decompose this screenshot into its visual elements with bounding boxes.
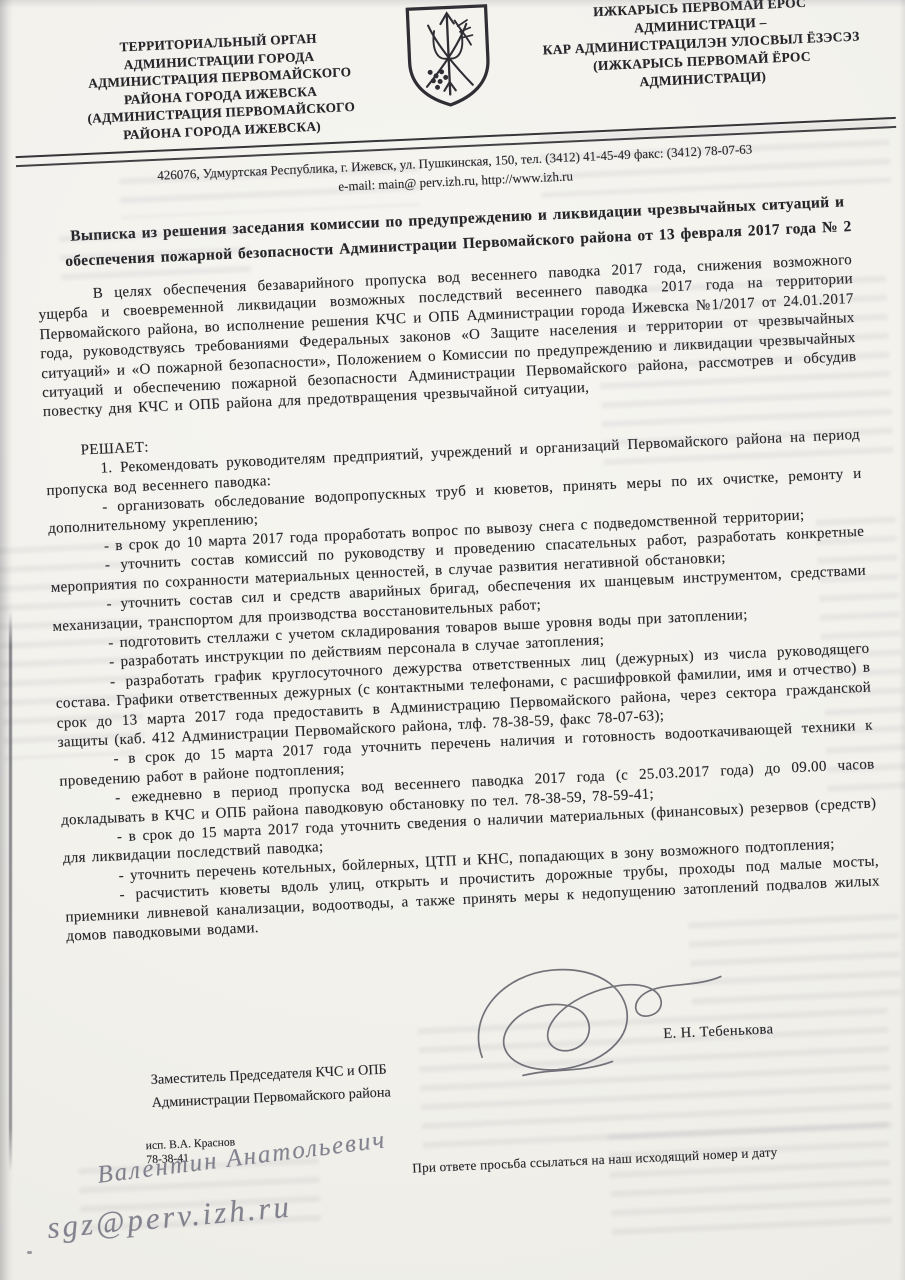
signatory-position: Заместитель Председателя КЧС и ОПБ Админ… bbox=[150, 1058, 391, 1115]
handwritten-email-note: sgz@perv.izh.ru bbox=[46, 1189, 293, 1246]
signatory-name: Е. Н. Тебенькова bbox=[663, 1021, 774, 1043]
intro-paragraph: В целях обеспечения безаварийного пропус… bbox=[37, 251, 857, 423]
org-name-russian: ТЕРРИТОРИАЛЬНЫЙ ОРГАН АДМИНИСТРАЦИИ ГОРО… bbox=[55, 27, 386, 146]
document-body: В целях обеспечения безаварийного пропус… bbox=[7, 236, 905, 948]
izhevsk-coat-of-arms-icon bbox=[398, 0, 499, 116]
org-name-udmurt: ИЖКАРЫСЬ ПЕРВОМАЙ ЁРОС АДМИНИСТРАЦИ – КА… bbox=[508, 0, 894, 97]
scan-top-shade bbox=[0, 0, 905, 8]
document-sheet: ТЕРРИТОРИАЛЬНЫЙ ОРГАН АДМИНИСТРАЦИИ ГОРО… bbox=[0, 0, 905, 1280]
reply-reference-note: При ответе просьба ссылаться на наш исхо… bbox=[335, 1141, 855, 1180]
scanned-document-page: ТЕРРИТОРИАЛЬНЫЙ ОРГАН АДМИНИСТРАЦИИ ГОРО… bbox=[0, 0, 905, 1280]
scan-right-shade bbox=[899, 0, 905, 1280]
handwritten-name-note: Валентин Анатольевич bbox=[96, 1126, 388, 1189]
scan-speck bbox=[27, 1251, 32, 1254]
scan-edge-line bbox=[9, 612, 12, 1172]
